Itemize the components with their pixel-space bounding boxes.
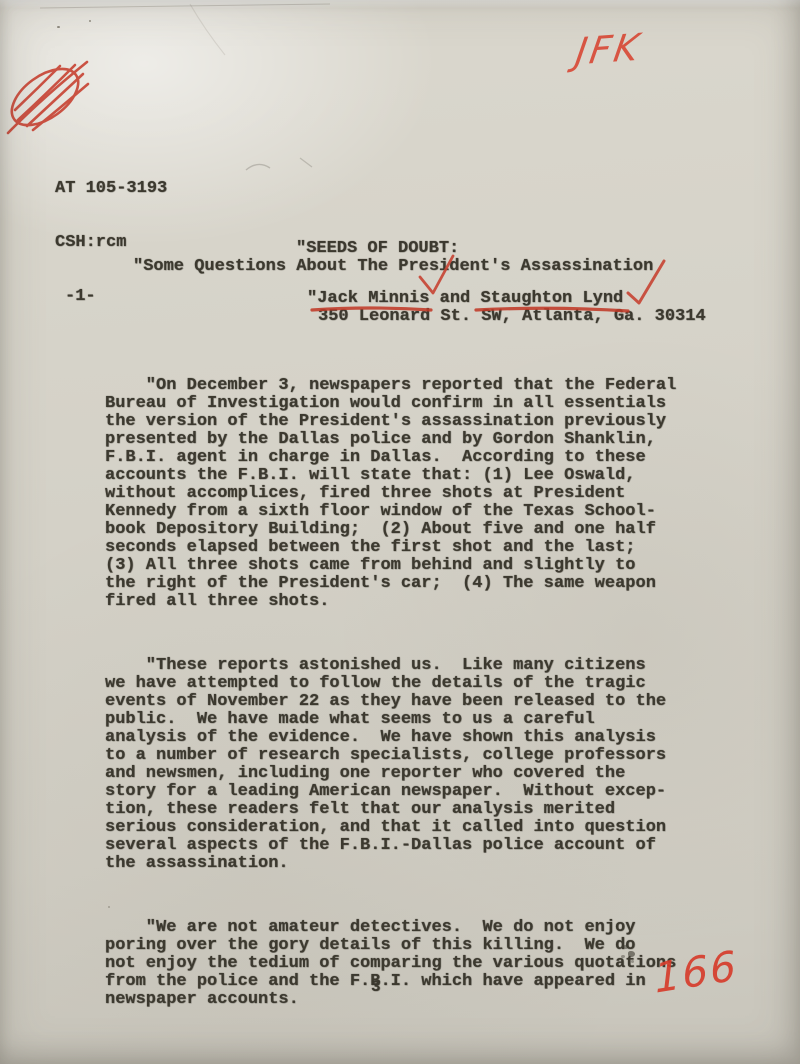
- paper-crease-marks: [0, 0, 800, 60]
- document-body: "On December 3, newspapers reported that…: [105, 341, 676, 1055]
- page-marker: -1-: [55, 288, 167, 306]
- document-subtitle: "Some Questions About The President's As…: [133, 258, 653, 276]
- paper-speck: [89, 20, 91, 22]
- document-title: "SEEDS OF DOUBT:: [296, 240, 459, 258]
- author-staughton-lynd: Staughton Lynd: [480, 289, 623, 308]
- file-number: AT 105-3193: [55, 180, 167, 198]
- paragraph-2: "These reports astonished us. Like many …: [105, 657, 676, 873]
- byline-address: 350 Leonard St. SW, Atlanta, Ga. 30314: [318, 308, 706, 326]
- byline: "Jack Minnis and Staughton Lynd: [307, 290, 623, 308]
- author-jack-minnis: Jack Minnis: [317, 289, 429, 308]
- paper-speck: [57, 26, 60, 28]
- paragraph-3: "We are not amateur detectives. We do no…: [105, 919, 676, 1009]
- byline-open-quote: ": [307, 289, 317, 308]
- handwritten-jfk-label: JFK: [573, 25, 645, 73]
- document-header: AT 105-3193 CSH:rcm -1-: [55, 144, 167, 342]
- paragraph-1: "On December 3, newspapers reported that…: [105, 377, 676, 611]
- page-number: 3: [371, 978, 381, 996]
- scribble-cancel-mark: [2, 58, 88, 137]
- typist-initials: CSH:rcm: [55, 234, 167, 252]
- pencil-smudge: [236, 150, 356, 190]
- byline-connector: and: [429, 289, 480, 308]
- scanned-document-page: AT 105-3193 CSH:rcm -1- "SEEDS OF DOUBT:…: [0, 0, 800, 1064]
